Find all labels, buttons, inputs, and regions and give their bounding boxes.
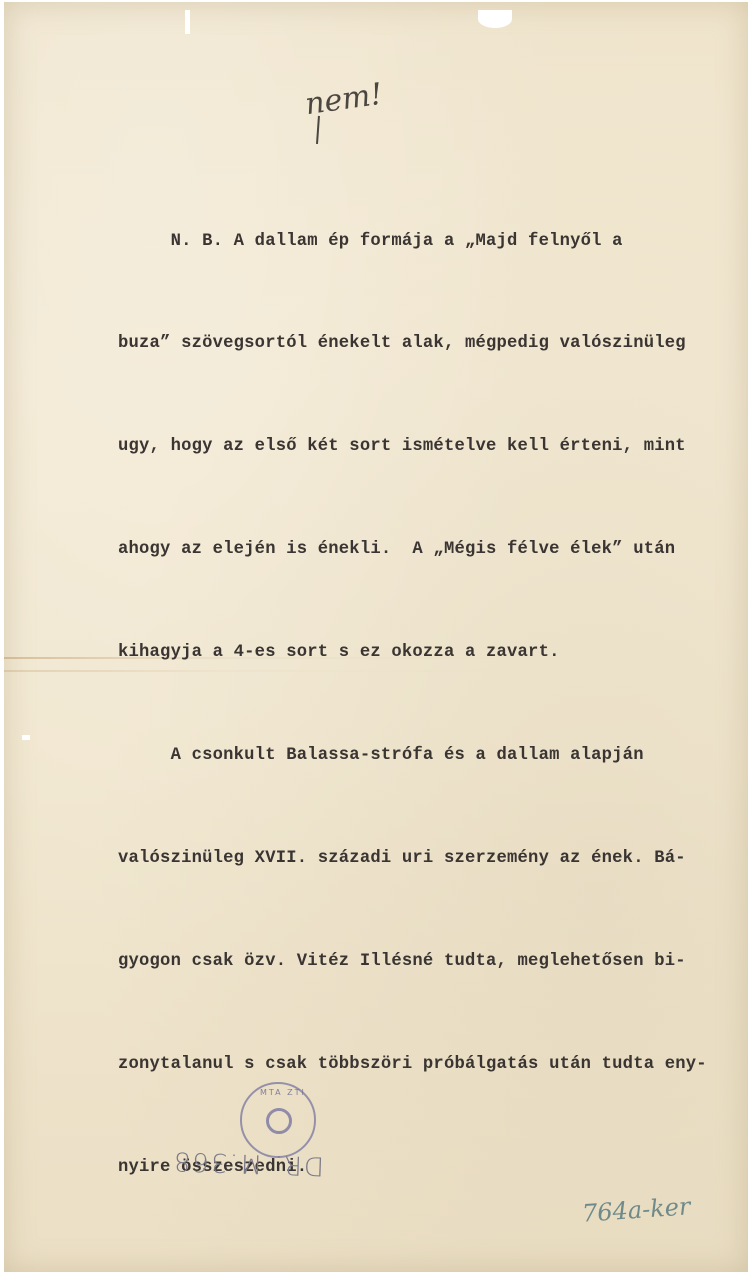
text-line: ahogy az elején is énekli. A „Mégis félv… [118, 533, 728, 567]
typewritten-text: N. B. A dallam ép formája a „Majd felnyő… [118, 156, 728, 1219]
archive-stamp: MTA ZTI [240, 1082, 316, 1158]
text-line: kihagyja a 4-es sort s ez okozza a zavar… [118, 636, 728, 670]
text-line: A csonkult Balassa-strófa és a dallam al… [118, 739, 728, 773]
text-line: zonytalanul s csak többszöri próbálgatás… [118, 1048, 728, 1082]
text-line: buza” szövegsortól énekelt alak, mégpedi… [118, 327, 728, 361]
text-line: valószinüleg XVII. századi uri szerzemén… [118, 842, 728, 876]
paper-tear [185, 10, 190, 34]
paper-tear [478, 10, 512, 28]
text-line: N. B. A dallam ép formája a „Majd felnyő… [118, 225, 728, 259]
text-line: ugy, hogy az első két sort ismételve kel… [118, 430, 728, 464]
stamp-emblem-icon [266, 1108, 292, 1134]
paper-tear [22, 735, 30, 740]
handwritten-reference-inverted: DR. M.368 [172, 1145, 325, 1180]
text-line: gyogon csak özv. Vitéz Illésné tudta, me… [118, 945, 728, 979]
stamp-label: MTA ZTI [260, 1088, 306, 1097]
